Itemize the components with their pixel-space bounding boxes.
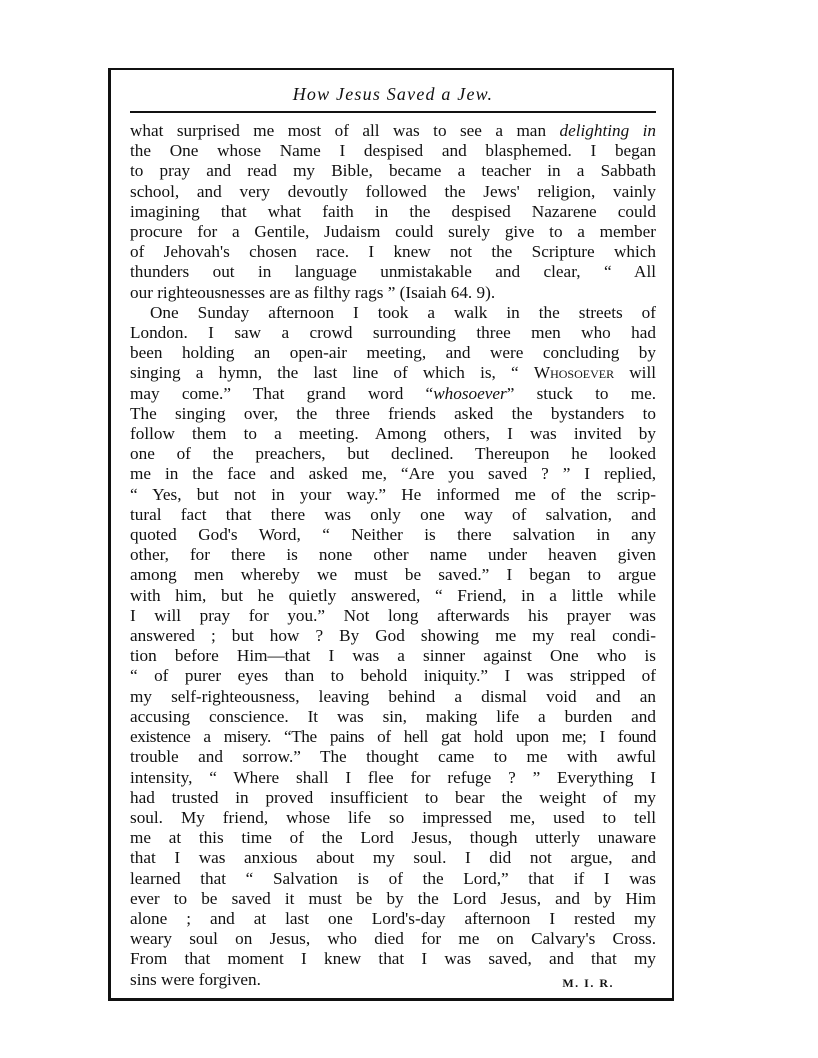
text-line: had trusted in proved insufficient to be… bbox=[130, 788, 656, 808]
text-line: tion before Him—that I was a sinner agai… bbox=[130, 646, 656, 666]
text-line: other, for there is none other name unde… bbox=[130, 545, 656, 565]
text-line: me in the face and asked me, “Are you sa… bbox=[130, 464, 656, 484]
text-line: been holding an open-air meeting, and we… bbox=[130, 343, 656, 363]
closing-line: sins were forgiven. M. I. R. bbox=[130, 970, 656, 990]
text-line: I will pray for you.” Not long afterward… bbox=[130, 606, 656, 626]
text-line: singing a hymn, the last line of which i… bbox=[130, 363, 656, 383]
text-line: procure for a Gentile, Judaism could sur… bbox=[130, 222, 656, 242]
text-line: tural fact that there was only one way o… bbox=[130, 505, 656, 525]
text-line: may come.” That grand word “whosoever” s… bbox=[130, 384, 656, 404]
text-line: of Jehovah's chosen race. I knew not the… bbox=[130, 242, 656, 262]
text-line: me at this time of the Lord Jesus, thoug… bbox=[130, 828, 656, 848]
text-line: alone ; and at last one Lord's-day after… bbox=[130, 909, 656, 929]
text-line: learned that “ Salvation is of the Lord,… bbox=[130, 869, 656, 889]
text-line: “ Yes, but not in your way.” He informed… bbox=[130, 485, 656, 505]
text-line: thunders out in language unmistakable an… bbox=[130, 262, 656, 282]
author-signature: M. I. R. bbox=[562, 973, 614, 993]
text-line: existence a misery. “The pains of hell g… bbox=[130, 727, 656, 747]
text-line: that I was anxious about my soul. I did … bbox=[130, 848, 656, 868]
text-line: “ of purer eyes than to behold iniquity.… bbox=[130, 666, 656, 686]
text-line: follow them to a meeting. Among others, … bbox=[130, 424, 656, 444]
text-line: weary soul on Jesus, who died for me on … bbox=[130, 929, 656, 949]
text-line: school, and very devoutly followed the J… bbox=[130, 182, 656, 202]
text-line: The singing over, the three friends aske… bbox=[130, 404, 656, 424]
text-line: what surprised me most of all was to see… bbox=[130, 121, 656, 141]
text-line: quoted God's Word, “ Neither is there sa… bbox=[130, 525, 656, 545]
paragraph-1: what surprised me most of all was to see… bbox=[130, 121, 656, 303]
text-line: to pray and read my Bible, became a teac… bbox=[130, 161, 656, 181]
italic-word: whosoever bbox=[433, 384, 507, 403]
text-line: One Sunday afternoon I took a walk in th… bbox=[130, 303, 656, 323]
text-line: our righteousnesses are as filthy rags ”… bbox=[130, 283, 656, 303]
text-line: trouble and sorrow.” The thought came to… bbox=[130, 747, 656, 767]
text-line: intensity, “ Where shall I flee for refu… bbox=[130, 768, 656, 788]
text-line: London. I saw a crowd surrounding three … bbox=[130, 323, 656, 343]
text-line: among men whereby we must be saved.” I b… bbox=[130, 565, 656, 585]
italic-phrase: delighting in bbox=[559, 121, 656, 140]
text-line: ever to be saved it must be by the Lord … bbox=[130, 889, 656, 909]
text-line: soul. My friend, whose life so impressed… bbox=[130, 808, 656, 828]
text-line: the One whose Name I despised and blasph… bbox=[130, 141, 656, 161]
paragraph-2: One Sunday afternoon I took a walk in th… bbox=[130, 303, 656, 990]
text-line: answered ; but how ? By God showing me m… bbox=[130, 626, 656, 646]
running-header: How Jesus Saved a Jew. bbox=[130, 84, 656, 105]
text-line: imagining that what faith in the despise… bbox=[130, 202, 656, 222]
article-body: what surprised me most of all was to see… bbox=[130, 121, 656, 990]
smallcaps-word: Whosoever bbox=[534, 363, 614, 382]
header-rule bbox=[130, 111, 656, 113]
text-line: From that moment I knew that I was saved… bbox=[130, 949, 656, 969]
text-line: with him, but he quietly answered, “ Fri… bbox=[130, 586, 656, 606]
text-line: one of the preachers, but declined. Ther… bbox=[130, 444, 656, 464]
text-line: my self-righteousness, leaving behind a … bbox=[130, 687, 656, 707]
text-line: accusing conscience. It was sin, making … bbox=[130, 707, 656, 727]
